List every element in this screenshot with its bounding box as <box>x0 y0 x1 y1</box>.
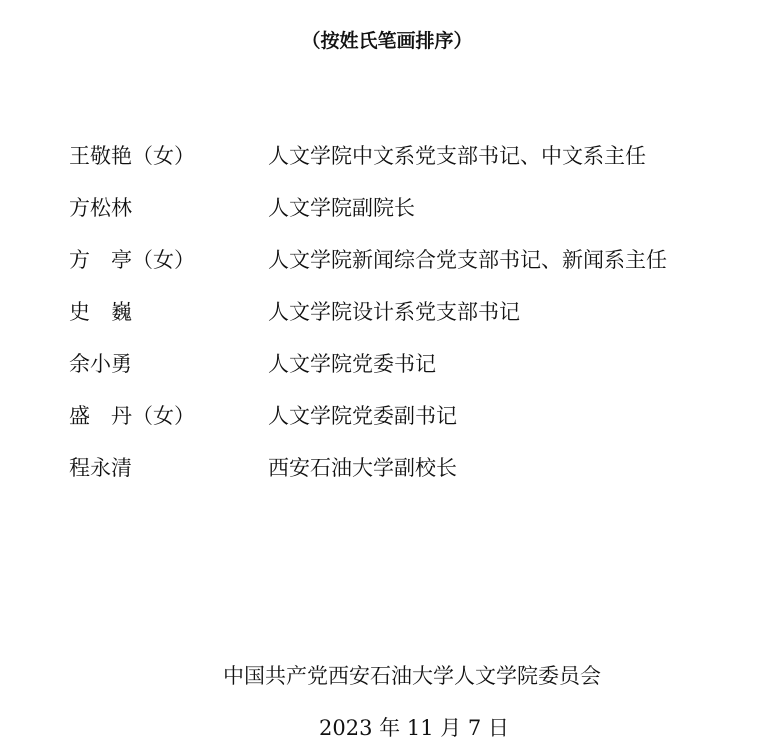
member-list: 王敬艳（女） 人文学院中文系党支部书记、中文系主任 方松林 人文学院副院长 方 … <box>69 140 749 504</box>
member-name: 方 亭（女） <box>69 244 269 276</box>
member-role: 人文学院设计系党支部书记 <box>268 296 520 328</box>
member-role: 人文学院副院长 <box>268 192 415 224</box>
member-name: 王敬艳（女） <box>69 140 269 172</box>
member-row: 王敬艳（女） 人文学院中文系党支部书记、中文系主任 <box>69 140 749 192</box>
member-name: 余小勇 <box>69 348 269 380</box>
member-role: 西安石油大学副校长 <box>268 452 457 484</box>
member-row: 方 亭（女） 人文学院新闻综合党支部书记、新闻系主任 <box>69 244 749 296</box>
member-row: 余小勇 人文学院党委书记 <box>69 348 749 400</box>
member-name: 盛 丹（女） <box>69 400 269 432</box>
issuing-organization: 中国共产党西安石油大学人文学院委员会 <box>0 660 774 692</box>
member-name: 程永清 <box>69 452 269 484</box>
member-row: 史 巍 人文学院设计系党支部书记 <box>69 296 749 348</box>
member-name: 史 巍 <box>69 296 269 328</box>
member-row: 方松林 人文学院副院长 <box>69 192 749 244</box>
member-name: 方松林 <box>69 192 269 224</box>
member-role: 人文学院党委副书记 <box>268 400 457 432</box>
member-role: 人文学院中文系党支部书记、中文系主任 <box>268 140 646 172</box>
member-row: 程永清 西安石油大学副校长 <box>69 452 749 504</box>
member-row: 盛 丹（女） 人文学院党委副书记 <box>69 400 749 452</box>
sort-note-text: （按姓氏笔画排序） <box>301 26 472 53</box>
sort-note-subtitle: （按姓氏笔画排序） <box>0 26 774 53</box>
issue-date: 2023 年 11 月 7 日 <box>0 712 774 744</box>
member-role: 人文学院党委书记 <box>268 348 436 380</box>
member-role: 人文学院新闻综合党支部书记、新闻系主任 <box>268 244 667 276</box>
